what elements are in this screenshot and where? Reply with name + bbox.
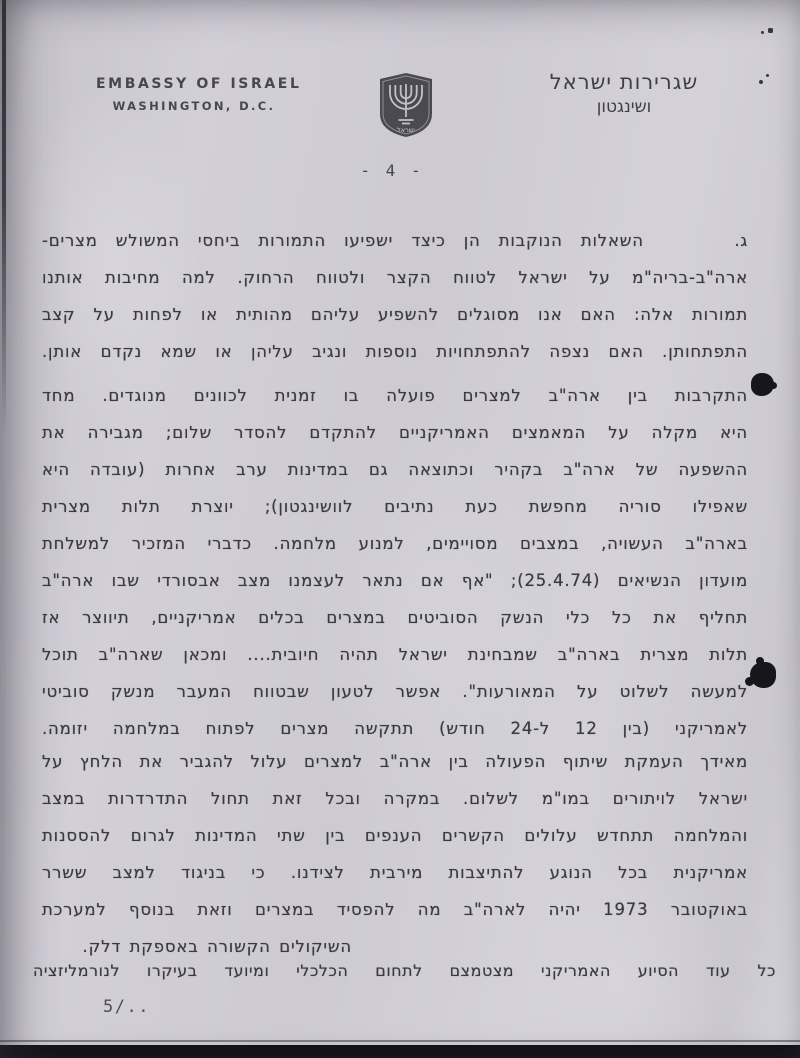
scan-speck	[768, 28, 773, 33]
document-line: והמלחמה תתחדש עלולים הקשרים הענפים בין ש…	[42, 821, 748, 858]
israel-state-emblem-icon: ישראל	[378, 72, 434, 138]
paragraph-1: ג. השאלות הנוקבות הן כיצד ישפיעו התמורות…	[42, 226, 748, 374]
document-line: באוקטובר 1973 יהיה לארה"ב מה להפסיד במצר…	[42, 895, 748, 932]
embassy-letterhead-english: EMBASSY OF ISRAEL WASHINGTON, D.C.	[96, 76, 292, 113]
punch-hole-bottom	[750, 662, 776, 688]
page-number: - 4 -	[0, 161, 784, 180]
document-line: שאפילו סוריה מחפשת כעת נתיבים לוושינגטון…	[42, 492, 748, 529]
document-line: התקרבות בין ארה"ב למצרים פועלה בו זמנית …	[42, 381, 748, 418]
document-line: ארה"ב-בריה"מ על ישראל לטווח הקצר ולטווח …	[42, 263, 748, 300]
svg-text:ישראל: ישראל	[397, 126, 415, 134]
scan-bottom-edge-line	[0, 1040, 800, 1042]
embassy-letterhead-hebrew: שגרירות ישראל ושינגטון	[540, 70, 708, 117]
scan-speck	[759, 80, 763, 84]
paragraph-4: כל עוד הסיוע האמריקני מצטמצם לתחום הכלכל…	[33, 956, 776, 993]
document-line: אמריקנית בכל הנוגע להתיצבות מירבית לצידנ…	[42, 858, 748, 895]
page-continuation-mark: 5/..	[103, 997, 150, 1017]
document-line: היא מקלה על המאמצים האמריקניים להתקדם לה…	[42, 418, 748, 455]
scan-bottom-black-bar	[0, 1045, 800, 1058]
paragraph-2: התקרבות בין ארה"ב למצרים פועלה בו זמנית …	[42, 381, 748, 751]
document-line: מאידך העמקת שיתוף הפעולה בין ארה"ב למצרי…	[42, 747, 748, 784]
paragraph-3: מאידך העמקת שיתוף הפעולה בין ארה"ב למצרי…	[42, 747, 748, 969]
scan-edge-shadow	[2, 0, 6, 430]
embassy-city-english: WASHINGTON, D.C.	[96, 99, 292, 113]
scan-speck	[761, 31, 764, 34]
document-line: תחליף את כל כלי הנשק הסוביטים במצרים בכל…	[42, 603, 748, 640]
embassy-name-english: EMBASSY OF ISRAEL	[96, 76, 292, 92]
document-line: למעשה לשלוט על המאורעות". אפשר לטעון שבט…	[42, 677, 748, 714]
document-line: ישראל לויתורים במו"מ לשלום. במקרה ובכל ז…	[42, 784, 748, 821]
document-line: לאמריקני (בין 12 ל-24 חודש) תתקשה מצרים …	[42, 714, 748, 751]
document-line: ג. השאלות הנוקבות הן כיצד ישפיעו התמורות…	[42, 226, 748, 263]
document-line: ההשפעה של ארה"ב בקהיר וכתוצאה גם במדינות…	[42, 455, 748, 492]
embassy-name-hebrew: שגרירות ישראל	[540, 70, 708, 94]
punch-hole-top	[751, 373, 774, 396]
document-line: כל עוד הסיוע האמריקני מצטמצם לתחום הכלכל…	[33, 956, 776, 993]
document-line: בארה"ב העשויה, במצבים מסויימים, למנוע מל…	[42, 529, 748, 566]
document-line: התפתחותן. האם נצפה להתפתחויות נוספות ונג…	[42, 337, 748, 374]
embassy-city-hebrew: ושינגטון	[540, 97, 708, 117]
document-line: מועדון הנשיאים (25.4.74); "אף אם נתאר לע…	[42, 566, 748, 603]
document-line: תלות מצרית בארה"ב שמבחינת ישראל תהיה חיו…	[42, 640, 748, 677]
scan-speck	[766, 74, 769, 77]
document-line: תמורות אלה: האם אנו מסוגלים להשפיע עליהם…	[42, 300, 748, 337]
scanned-document-page: { "header": { "embassy_en_line1": "EMBAS…	[0, 0, 800, 1058]
